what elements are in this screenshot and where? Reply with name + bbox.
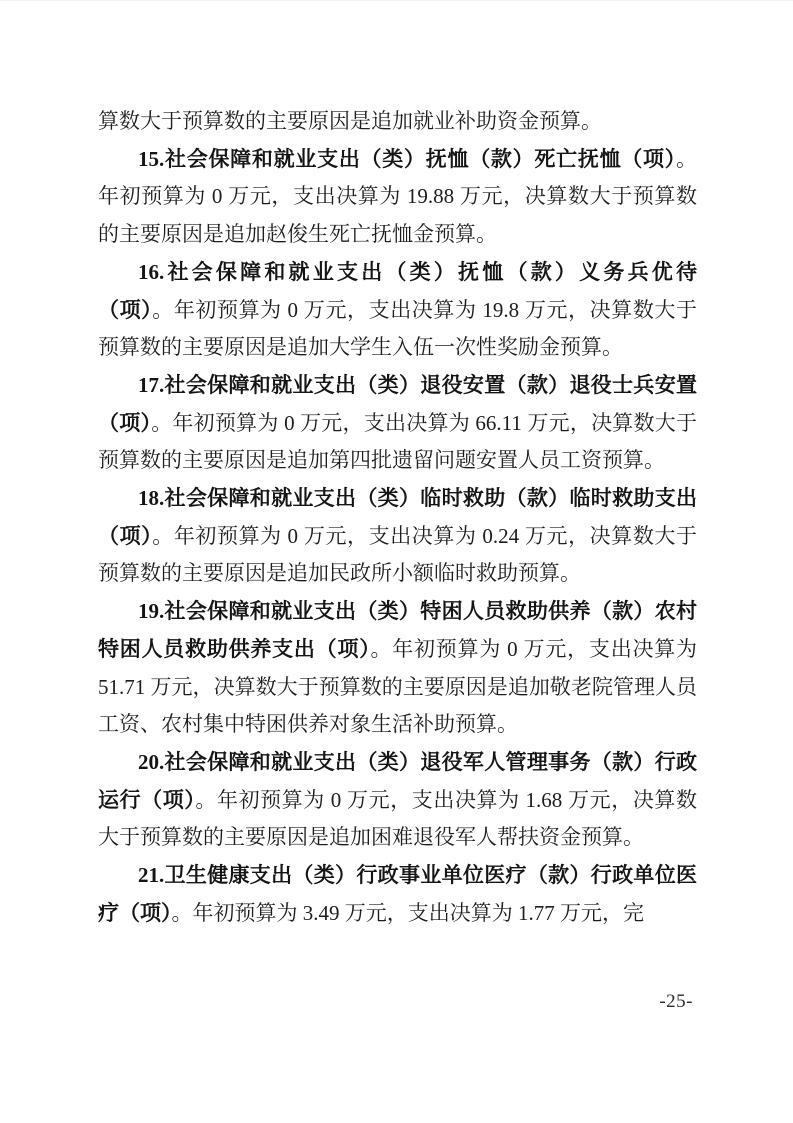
budget-item-paragraph: 20.社会保障和就业支出（类）退役军人管理事务（款）行政运行（项）。年初预算为 … — [98, 744, 697, 857]
budget-item-paragraph: 算数大于预算数的主要原因是追加就业补助资金预算。 — [98, 103, 697, 141]
document-text: 算数大于预算数的主要原因是追加就业补助资金预算。 15.社会保障和就业支出（类）… — [98, 103, 697, 932]
item-body: 。年初预算为 0 万元，支出决算为 19.8 万元，决算数大于预算数的主要原因是… — [98, 298, 697, 360]
budget-item-paragraph: 16.社会保障和就业支出（类）抚恤（款）义务兵优待（项）。年初预算为 0 万元，… — [98, 254, 697, 367]
item-body: 。年初预算为 0 万元，支出决算为 66.11 万元，决算数大于预算数的主要原因… — [98, 411, 697, 473]
item-body: 算数大于预算数的主要原因是追加就业补助资金预算。 — [98, 109, 602, 133]
budget-item-paragraph: 18.社会保障和就业支出（类）临时救助（款）临时救助支出（项）。年初预算为 0 … — [98, 480, 697, 593]
item-body: 。年初预算为 3.49 万元，支出决算为 1.77 万元，完 — [172, 901, 645, 925]
page-number: -25- — [0, 991, 693, 1013]
item-body: 。年初预算为 0 万元，支出决算为 0.24 万元，决算数大于预算数的主要原因是… — [98, 524, 697, 586]
budget-item-paragraph: 17.社会保障和就业支出（类）退役安置（款）退役士兵安置（项）。年初预算为 0 … — [98, 367, 697, 480]
budget-item-paragraph: 15.社会保障和就业支出（类）抚恤（款）死亡抚恤（项）。年初预算为 0 万元，支… — [98, 141, 697, 254]
item-heading: 15.社会保障和就业支出（类）抚恤（款）死亡抚恤（项） — [138, 147, 676, 171]
document-page: 算数大于预算数的主要原因是追加就业补助资金预算。 15.社会保障和就业支出（类）… — [0, 0, 793, 1123]
budget-item-paragraph: 21.卫生健康支出（类）行政事业单位医疗（款）行政单位医疗（项）。年初预算为 3… — [98, 857, 697, 932]
budget-item-paragraph: 19.社会保障和就业支出（类）特困人员救助供养（款）农村特困人员救助供养支出（项… — [98, 593, 697, 744]
